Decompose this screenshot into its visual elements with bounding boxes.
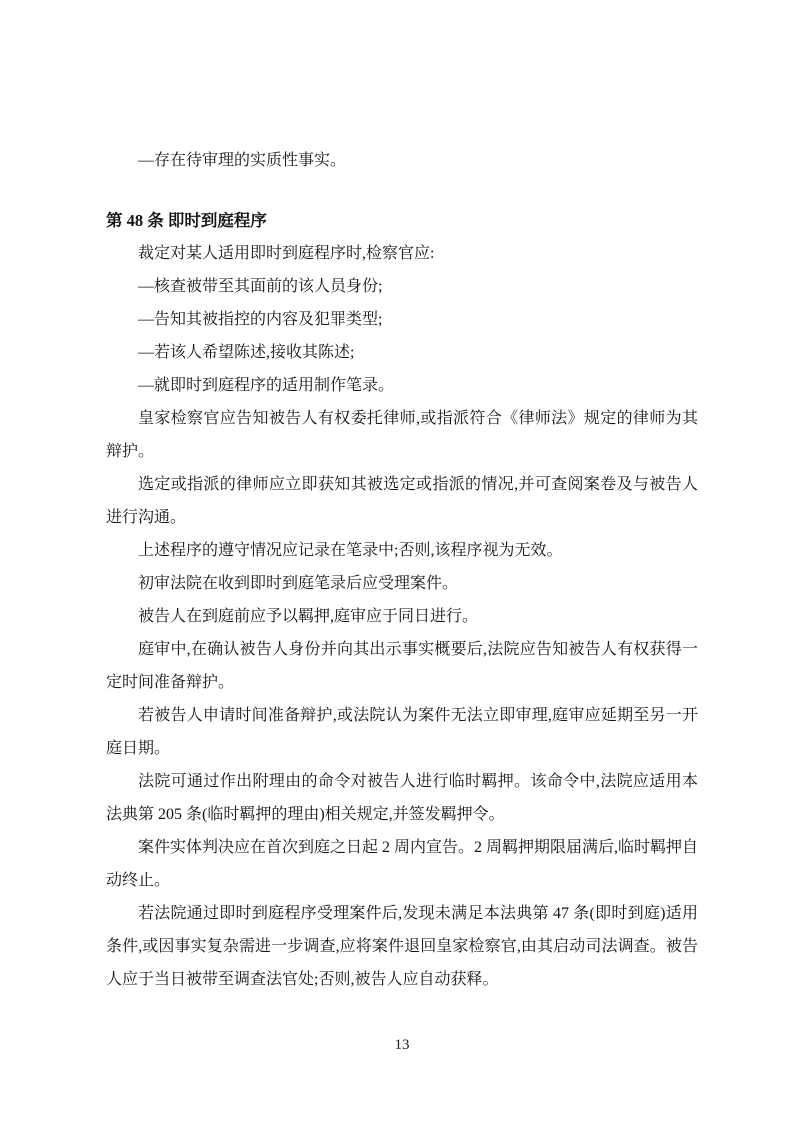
text-paragraph: 案件实体判决应在首次到庭之日起 2 周内宣告。2 周羁押期限届满后,临时羁押自动… [106,831,698,897]
text-paragraph: 初审法院在收到即时到庭笔录后应受理案件。 [106,567,698,600]
text-paragraph: 皇家检察官应告知被告人有权委托律师,或指派符合《律师法》规定的律师为其辩护。 [106,402,698,468]
text-paragraph: 法院可通过作出附理由的命令对被告人进行临时羁押。该命令中,法院应适用本法典第 2… [106,765,698,831]
text-paragraph: —告知其被指控的内容及犯罪类型; [106,303,698,336]
text-paragraph: 选定或指派的律师应立即获知其被选定或指派的情况,并可查阅案卷及与被告人进行沟通。 [106,468,698,534]
document-body: —存在待审理的实质性事实。第 48 条 即时到庭程序裁定对某人适用即时到庭程序时… [106,144,698,996]
text-paragraph: —核查被带至其面前的该人员身份; [106,270,698,303]
page-number: 13 [395,1037,410,1053]
document-page: —存在待审理的实质性事实。第 48 条 即时到庭程序裁定对某人适用即时到庭程序时… [0,0,793,1122]
page-footer: 13 [106,1036,698,1054]
text-paragraph: —若该人希望陈述,接收其陈述; [106,336,698,369]
text-paragraph: 被告人在到庭前应予以羁押,庭审应于同日进行。 [106,600,698,633]
text-paragraph: 上述程序的遵守情况应记录在笔录中;否则,该程序视为无效。 [106,534,698,567]
text-paragraph: 裁定对某人适用即时到庭程序时,检察官应: [106,237,698,270]
text-paragraph: —存在待审理的实质性事实。 [106,144,698,177]
text-paragraph: —就即时到庭程序的适用制作笔录。 [106,369,698,402]
article-heading: 第 48 条 即时到庭程序 [106,204,698,237]
text-paragraph: 庭审中,在确认被告人身份并向其出示事实概要后,法院应告知被告人有权获得一定时间准… [106,633,698,699]
text-paragraph: 若被告人申请时间准备辩护,或法院认为案件无法立即审理,庭审应延期至另一开庭日期。 [106,699,698,765]
text-paragraph: 若法院通过即时到庭程序受理案件后,发现未满足本法典第 47 条(即时到庭)适用条… [106,897,698,996]
